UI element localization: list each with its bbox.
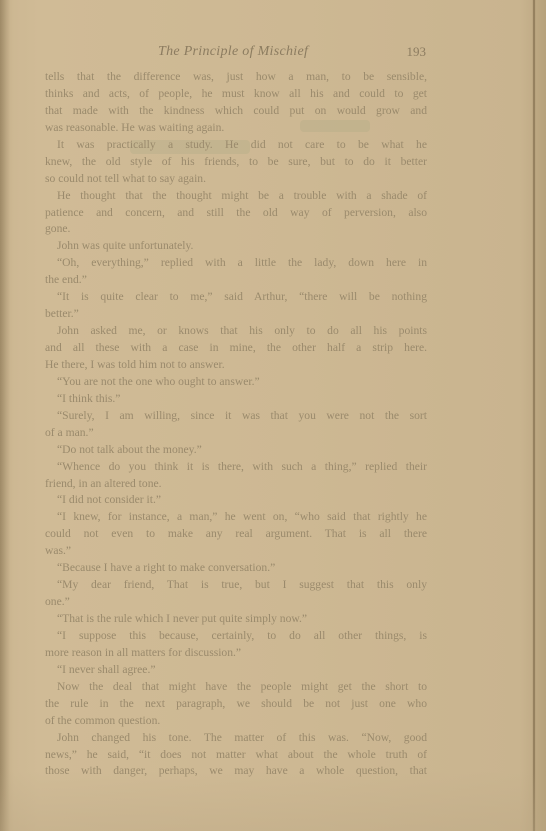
text-line: Now the deal that might have the people …	[45, 679, 427, 696]
text-line: friend, in an altered tone.	[45, 476, 427, 493]
text-line: the rule in the next paragraph, we shoul…	[45, 696, 427, 713]
text-line: “I did not consider it.”	[45, 492, 427, 509]
text-line: “You are not the one who ought to answer…	[45, 374, 427, 391]
text-line: was reasonable. He was waiting again.	[45, 120, 427, 137]
text-line: “I think this.”	[45, 391, 427, 408]
text-line: could not even to make any real argument…	[45, 526, 427, 543]
text-line: It was practically a study. He did not c…	[45, 137, 427, 154]
text-line: patience and concern, and still the old …	[45, 205, 427, 222]
text-line: John changed his tone. The matter of thi…	[45, 730, 427, 747]
text-line: and all these with a case in mine, the o…	[45, 340, 427, 357]
text-line: more reason in all matters for discussio…	[45, 645, 427, 662]
text-line: “I knew, for instance, a man,” he went o…	[45, 509, 427, 526]
page-bottom-shading	[0, 771, 546, 831]
book-page: The Principle of Mischief 193 tells that…	[0, 0, 546, 831]
text-line: He there, I was told him not to answer.	[45, 357, 427, 374]
text-line: “My dear friend, That is true, but I sug…	[45, 577, 427, 594]
text-line: tells that the difference was, just how …	[45, 69, 427, 86]
text-line: knew, the old style of his friends, to b…	[45, 154, 427, 171]
text-line: John was quite unfortunately.	[45, 238, 427, 255]
text-line: the end.”	[45, 272, 427, 289]
text-line: of the common question.	[45, 713, 427, 730]
text-line: “I never shall agree.”	[45, 662, 427, 679]
text-line: news,” he said, “it does not matter what…	[45, 747, 427, 764]
text-line: better.”	[45, 306, 427, 323]
running-header: The Principle of Mischief 193	[46, 44, 426, 62]
text-line: “Oh, everything,” replied with a little …	[45, 255, 427, 272]
page-number: 193	[407, 44, 427, 60]
text-line: of a man.”	[45, 425, 427, 442]
text-line: “I suppose this because, certainly, to d…	[45, 628, 427, 645]
text-line: gone.	[45, 221, 427, 238]
text-line: so could not tell what to say again.	[45, 171, 427, 188]
text-line: one.”	[45, 594, 427, 611]
text-line: “Do not talk about the money.”	[45, 442, 427, 459]
text-line: “It is quite clear to me,” said Arthur, …	[45, 289, 427, 306]
text-line: “Surely, I am willing, since it was that…	[45, 408, 427, 425]
text-line: John asked me, or knows that his only to…	[45, 323, 427, 340]
text-line: thinks and acts, of people, he must know…	[45, 86, 427, 103]
page-edge	[533, 0, 535, 831]
running-title: The Principle of Mischief	[158, 44, 308, 60]
text-line: “Because I have a right to make conversa…	[45, 560, 427, 577]
body-text: tells that the difference was, just how …	[45, 69, 427, 780]
text-line: “That is the rule which I never put quit…	[45, 611, 427, 628]
text-line: He thought that the thought might be a t…	[45, 188, 427, 205]
text-line: that made with the kindness which could …	[45, 103, 427, 120]
text-line: was.”	[45, 543, 427, 560]
text-line: “Whence do you think it is there, with s…	[45, 459, 427, 476]
gutter-shadow	[0, 0, 10, 831]
